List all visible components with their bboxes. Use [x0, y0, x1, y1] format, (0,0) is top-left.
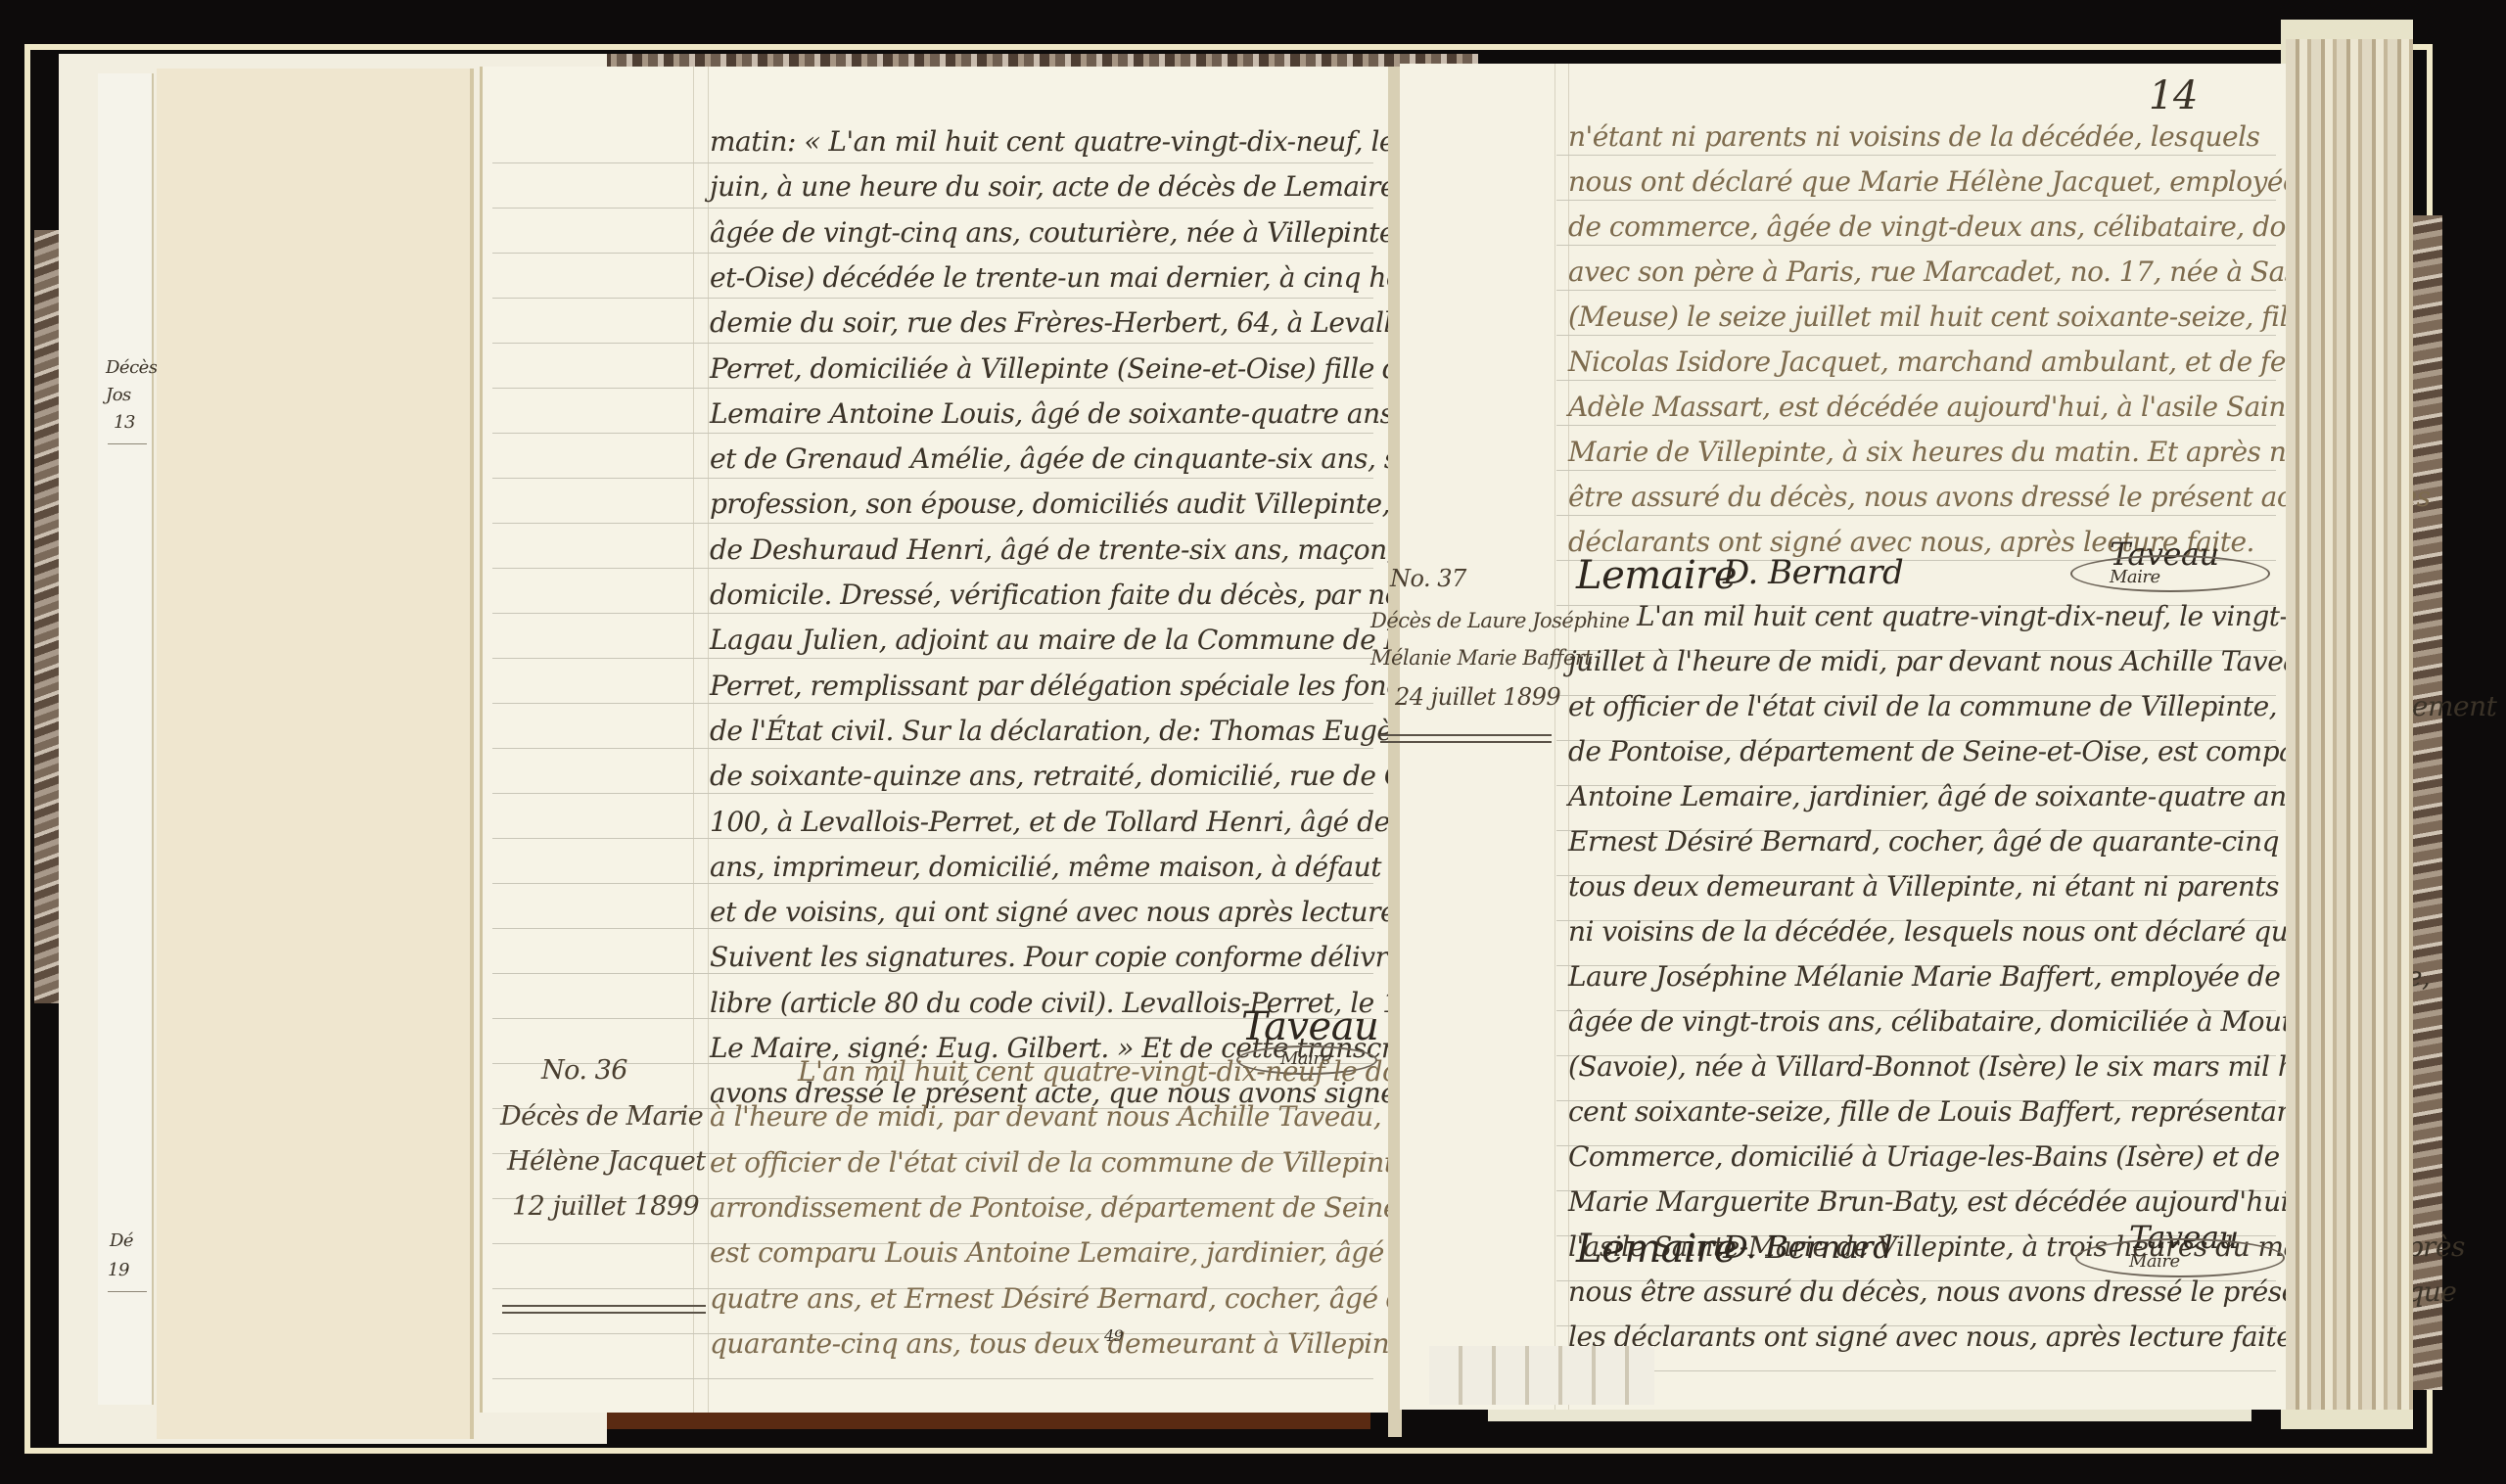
ruled-line [492, 568, 1373, 569]
signature-flourish [2070, 555, 2270, 592]
ruled-line [492, 298, 1373, 299]
text-line: et-Oise) décédée le trente-un mai dernie… [710, 261, 1496, 294]
text-line: à l'heure de midi, par devant nous Achil… [710, 1100, 1467, 1133]
ruled-line [492, 748, 1373, 749]
act-separator [1380, 734, 1552, 743]
ruled-line [1556, 245, 2276, 246]
page-block-edges [2286, 39, 2413, 1410]
text-line: Nicolas Isidore Jacquet, marchand ambula… [1568, 346, 2407, 378]
ruled-line [1556, 380, 2276, 381]
ruled-line [492, 838, 1373, 839]
text-line: Antoine Lemaire, jardinier, âgé de soixa… [1568, 780, 2343, 812]
ruled-line [492, 658, 1373, 659]
text-line: de Pontoise, département de Seine-et-Ois… [1568, 735, 2405, 767]
text-line: (Savoie), née à Villard-Bonnot (Isère) l… [1568, 1050, 2331, 1083]
blank-flyleaf [157, 69, 474, 1439]
text-line: de commerce, âgée de vingt-deux ans, cél… [1568, 210, 2390, 243]
ruled-line [1556, 1370, 2276, 1371]
act-number: No. 37 [1390, 565, 1466, 592]
text-line: ni voisins de la décédée, lesquels nous … [1568, 915, 2303, 948]
act-title-line2: Mélanie Marie Baffert [1370, 646, 1592, 670]
ruled-line [492, 208, 1373, 209]
bottom-index-tabs[interactable] [1429, 1346, 1654, 1405]
signature-maire: Taveau [1241, 1004, 1378, 1049]
text-line: Perret, domiciliée à Villepinte (Seine-e… [710, 352, 1415, 385]
text-line: juillet à l'heure de midi, par devant no… [1568, 645, 2410, 677]
text-line: demie du soir, rue des Frères-Herbert, 6… [710, 306, 1439, 339]
text-line: cent soixante-seize, fille de Louis Baff… [1568, 1095, 2345, 1128]
ruled-line [1556, 290, 2276, 291]
ruled-line [492, 793, 1373, 794]
text-line: quatre ans, et Ernest Désiré Bernard, co… [710, 1282, 1418, 1315]
ruled-line [492, 253, 1373, 254]
ruled-line [492, 162, 1373, 163]
text-line: nous ont déclaré que Marie Hélène Jacque… [1568, 165, 2298, 198]
act-separator [502, 1305, 706, 1314]
text-line: de Deshuraud Henri, âgé de trente-six an… [710, 533, 1486, 566]
text-line: âgée de vingt-trois ans, célibataire, do… [1568, 1005, 2343, 1038]
index-tab-strip[interactable]: Décès Jos 13 Dé 19 [98, 73, 154, 1405]
page-foot-number: 49 [1104, 1326, 1123, 1345]
act-date: 12 juillet 1899 [512, 1191, 699, 1222]
text-line: profession, son épouse, domiciliés audit… [710, 487, 1494, 520]
ruled-line [492, 388, 1373, 389]
ruled-line [1556, 200, 2276, 201]
ruled-line [492, 343, 1373, 344]
tab-label: Dé [110, 1230, 133, 1251]
signature-title: Maire [2110, 567, 2160, 587]
text-line: tous deux demeurant à Villepinte, ni éta… [1568, 870, 2279, 903]
ruled-line [492, 928, 1373, 929]
signature-title: Maire [2129, 1251, 2180, 1272]
text-line: et de voisins, qui ont signé avec nous a… [710, 896, 1493, 928]
text-line: les déclarants ont signé avec nous, aprè… [1568, 1321, 2300, 1353]
text-line: avec son père à Paris, rue Marcadet, no.… [1568, 255, 2343, 288]
register-page-right: 14 n'étant ni parents ni voisins de la d… [1400, 64, 2286, 1410]
signature-declarant-2: D. Bernard [1723, 553, 1903, 592]
text-line: (Meuse) le seize juillet mil huit cent s… [1568, 301, 2352, 333]
ruled-line [492, 883, 1373, 884]
ruled-line [1556, 470, 2276, 471]
signature-declarant-2: D. Bernard [1723, 1229, 1892, 1266]
text-line: L'an mil huit cent quatre-vingt-dix-neuf… [1637, 600, 2377, 632]
text-line: juin, à une heure du soir, acte de décès… [710, 170, 1503, 203]
text-line: Commerce, domicilié à Uriage-les-Bains (… [1568, 1140, 2346, 1173]
act-date: 24 juillet 1899 [1395, 683, 1560, 711]
text-line: de l'État civil. Sur la déclaration, de:… [710, 715, 1491, 747]
act-number: No. 36 [541, 1055, 627, 1086]
text-line: et de Grenaud Amélie, âgée de cinquante-… [710, 442, 1444, 475]
text-line: quarante-cinq ans, tous deux demeurant à… [710, 1327, 1459, 1360]
ruled-line [492, 1378, 1373, 1379]
tab-label: 19 [108, 1260, 129, 1280]
ruled-line [1556, 425, 2276, 426]
folio-number: 14 [2149, 73, 2198, 118]
ruled-line [492, 433, 1373, 434]
text-line: et officier de l'état civil de la commun… [710, 1146, 1454, 1179]
text-line: Adèle Massart, est décédée aujourd'hui, … [1568, 391, 2321, 423]
tab-label: Décès [106, 357, 158, 378]
signature-flourish [2075, 1238, 2285, 1277]
act-title-line1: Décès de Laure Joséphine [1370, 609, 1630, 632]
tab-label: Jos [106, 385, 131, 405]
ruled-line [492, 613, 1373, 614]
ruled-line [1556, 155, 2276, 156]
act-title-line1: Décès de Marie [500, 1101, 703, 1132]
text-line: n'étant ni parents ni voisins de la décé… [1568, 120, 2259, 153]
signature-declarant-1: Lemaire [1576, 1227, 1737, 1272]
text-line: Marie de Villepinte, à six heures du mat… [1568, 436, 2333, 468]
text-line: âgée de vingt-cinq ans, couturière, née … [710, 216, 1498, 249]
text-line: Marie Marguerite Brun-Baty, est décédée … [1568, 1185, 2321, 1218]
signature-declarant-1: Lemaire [1576, 553, 1737, 598]
text-line: Ernest Désiré Bernard, cocher, âgé de qu… [1568, 825, 2342, 858]
act-title-line2: Hélène Jacquet [507, 1146, 706, 1177]
ruled-line [492, 523, 1373, 524]
ruled-line [492, 478, 1373, 479]
ruled-line [1556, 335, 2276, 336]
ruled-line [1556, 515, 2276, 516]
tab-label: 13 [114, 412, 135, 433]
register-page-left: matin: « L'an mil huit cent quatre-vingt… [480, 67, 1393, 1413]
ruled-line [492, 703, 1373, 704]
